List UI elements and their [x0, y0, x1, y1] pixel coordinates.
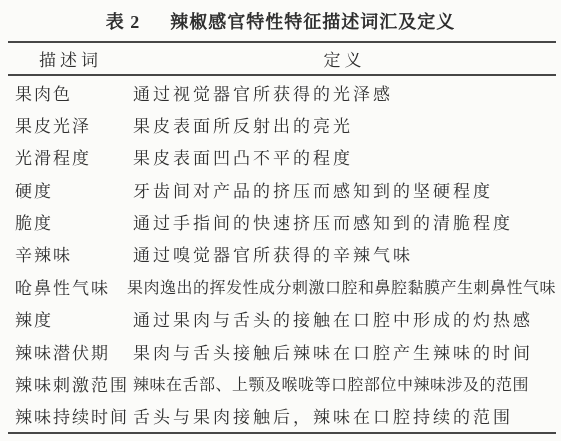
table-caption-label: 表 2 — [106, 8, 141, 34]
descriptor-cell: 脆度 — [8, 209, 133, 234]
descriptor-cell: 辣味持续时间 — [8, 403, 133, 428]
descriptor-cell: 辣度 — [8, 306, 133, 331]
definition-cell: 果皮表面所反射出的亮光 — [133, 112, 556, 137]
definition-cell: 通过手指间的快速挤压而感知到的清脆程度 — [133, 209, 556, 234]
descriptor-cell: 辣味潜伏期 — [8, 339, 133, 364]
table-row: 辣味刺激范围 辣味在舌部、上颚及喉咙等口腔部位中辣味涉及的范围 — [8, 367, 556, 399]
table-row: 辛辣味 通过嗅觉器官所获得的辛辣气味 — [8, 238, 556, 270]
definition-cell: 辣味在舌部、上颚及喉咙等口腔部位中辣味涉及的范围 — [133, 372, 556, 395]
table-body: 果肉色 通过视觉器官所获得的光泽感 果皮光泽 果皮表面所反射出的亮光 光滑程度 … — [8, 76, 556, 432]
descriptor-cell: 果皮光泽 — [8, 112, 133, 137]
column-header-definition: 定义 — [133, 46, 556, 71]
definition-cell: 牙齿间对产品的挤压而感知到的坚硬程度 — [133, 177, 556, 202]
table-caption-title: 辣椒感官特性特征描述词汇及定义 — [170, 8, 455, 34]
table-caption: 表 2 辣椒感官特性特征描述词汇及定义 — [0, 0, 561, 41]
descriptor-cell: 辛辣味 — [8, 241, 133, 266]
definition-cell: 通过视觉器官所获得的光泽感 — [133, 80, 556, 105]
table-row: 果肉色 通过视觉器官所获得的光泽感 — [8, 76, 556, 108]
table-row: 辣度 通过果肉与舌头的接触在口腔中形成的灼热感 — [8, 303, 556, 335]
table-row: 果皮光泽 果皮表面所反射出的亮光 — [8, 108, 556, 140]
definition-cell: 通过嗅觉器官所获得的辛辣气味 — [133, 241, 556, 266]
table-row: 辣味持续时间 舌头与果肉接触后，辣味在口腔持续的范围 — [8, 400, 556, 432]
definition-cell: 果肉逸出的挥发性成分刺激口腔和鼻腔黏膜产生刺鼻性气味 — [127, 275, 556, 298]
definitions-table: 描述词 定义 果肉色 通过视觉器官所获得的光泽感 果皮光泽 果皮表面所反射出的亮… — [8, 41, 556, 434]
descriptor-cell: 硬度 — [8, 177, 133, 202]
table-row: 呛鼻性气味 果肉逸出的挥发性成分刺激口腔和鼻腔黏膜产生刺鼻性气味 — [8, 270, 556, 302]
definition-cell: 果肉与舌头接触后辣味在口腔产生辣味的时间 — [133, 339, 556, 364]
descriptor-cell: 光滑程度 — [8, 144, 133, 169]
column-header-descriptor: 描述词 — [8, 46, 133, 71]
descriptor-cell: 呛鼻性气味 — [8, 274, 127, 299]
definition-cell: 舌头与果肉接触后，辣味在口腔持续的范围 — [133, 403, 556, 428]
scanned-table-page: 表 2 辣椒感官特性特征描述词汇及定义 描述词 定义 果肉色 通过视觉器官所获得… — [0, 0, 561, 441]
definition-cell: 通过果肉与舌头的接触在口腔中形成的灼热感 — [133, 306, 556, 331]
table-row: 硬度 牙齿间对产品的挤压而感知到的坚硬程度 — [8, 173, 556, 205]
table-row: 辣味潜伏期 果肉与舌头接触后辣味在口腔产生辣味的时间 — [8, 335, 556, 367]
definition-cell: 果皮表面凹凸不平的程度 — [133, 144, 556, 169]
descriptor-cell: 辣味刺激范围 — [8, 371, 133, 396]
table-header-row: 描述词 定义 — [8, 43, 556, 76]
descriptor-cell: 果肉色 — [8, 80, 133, 105]
table-row: 脆度 通过手指间的快速挤压而感知到的清脆程度 — [8, 205, 556, 237]
table-row: 光滑程度 果皮表面凹凸不平的程度 — [8, 141, 556, 173]
